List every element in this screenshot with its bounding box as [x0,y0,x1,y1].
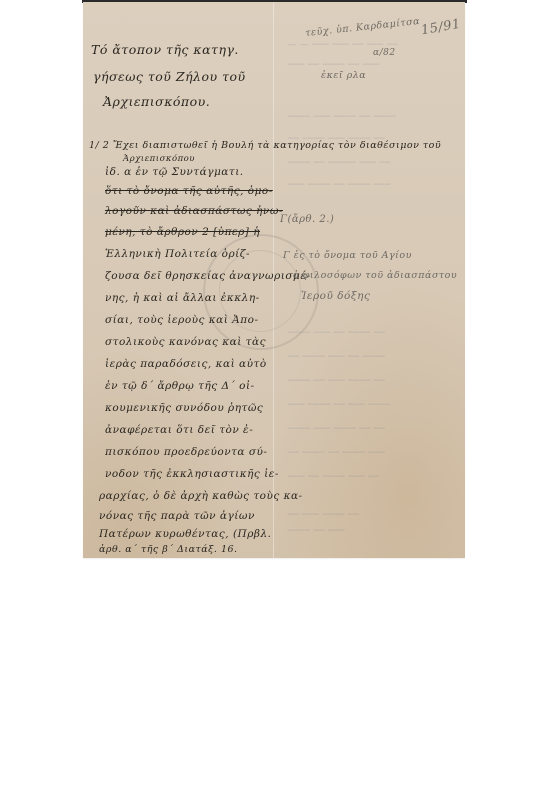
body-line: ἱερὰς παραδόσεις, καὶ αὐτὸ [105,358,267,370]
heading-line-2: γήσεως τοῦ Ζήλου τοῦ [93,69,246,84]
archival-note-line-1: τεῦχ. ὑπ. Καρδαμίτσα [305,16,421,39]
bleed-through-text: ─── ──── ── ──── ─── [288,180,391,190]
body-line: ἀναφέρεται ὅτι δεῖ τὸν ἐ- [105,424,253,436]
body-line: σίαι, τοὺς ἱεροὺς καὶ Ἀπο- [105,314,259,326]
body-line: νόνας τῆς παρὰ τῶν ἀγίων [99,510,255,522]
body-line: κουμενικῆς συνόδου ῥητῶς [105,402,263,414]
bleed-through-text: ── ──── ─── ── ──── [288,352,385,362]
body-line: 1/ 2 Ἔχει διαπιστωθεῖ ἡ Βουλή τὰ κατηγορ… [89,140,441,151]
body-line-struck: μένη, τὸ ἄρθρον 2 [ὑπερ] ἡ [105,226,260,238]
body-line: ἰδ. α ἐν τῷ Συντάγματι. [105,166,244,178]
margin-note: Γ(ἄρθ. 2.) [280,214,334,225]
body-line-struck: λογοῦν καὶ ἀδιασπάστως ἡνω- [105,205,283,217]
archival-note-line-3: ἐκεῖ ρλα [321,70,366,81]
margin-note: Γ ἐς τὸ ὄνομα τοῦ Αγίου [283,250,412,261]
body-line: νοδον τῆς ἐκκλησιαστικῆς ἱε- [105,468,279,480]
bleed-through-text: ──── ─── ── ──── ── [288,328,385,338]
margin-note: Ἱεροῦ δόξης [301,290,370,302]
bleed-through-text: ──── ── ─── [288,526,345,536]
body-line: ραρχίας, ὁ δὲ ἀρχὴ καθὼς τοὺς κα- [99,490,303,502]
heading-line-3: Ἀρχιεπισκόπου. [103,94,210,109]
catalog-number: 15/91 [420,17,462,39]
manuscript-paper: Τό ἄτοπον τῆς κατηγ. γήσεως τοῦ Ζήλου το… [83,2,465,558]
bleed-through-text: ──── ─── ──── ── ──── [288,112,396,122]
body-line: Ἑλληνικὴ Πολιτεία ὁρίζ- [105,248,250,260]
body-line: ζουσα δεῖ θρησκείας ἀναγνωρισμέ- [105,270,311,282]
margin-note: ὁ φιλοσόφων τοῦ ἀδιασπάστου [293,270,457,281]
body-line-struck: ὅτι τὸ ὄνομα τῆς αὐτῆς, ὁμο- [105,185,273,197]
body-line: στολικοὺς κανόνας καὶ τὰς [105,336,266,348]
bleed-through-text: — — ─── ─── ── ─── ── [288,40,398,50]
body-line: ἐν τῷ δ΄ ἄρθρῳ τῆς Δ΄ οἰ- [105,380,255,392]
body-line: πισκόπου προεδρεύοντα σύ- [105,446,267,458]
bleed-through-text: ── ─── ──── ── [288,510,359,520]
body-line: ἀρθ. α΄ τῆς β΄ Διατάξ. 16. [99,544,238,555]
body-line: νης, ἡ καὶ αἱ ἄλλαι ἐκκλη- [105,292,260,304]
scan-page: Τό ἄτοπον τῆς κατηγ. γήσεως τοῦ Ζήλου το… [0,0,549,800]
bleed-through-text: ──── ── ───── ─── ── [288,158,391,168]
bleed-through-text: ──── ── ─── ──── ── [288,376,385,386]
bleed-through-text: ── ──── ── ──── ─── [288,448,385,458]
heading-line-1: Τό ἄτοπον τῆς κατηγ. [91,42,239,57]
bleed-through-text: ─── ──── ── ─── ──── [288,400,391,410]
body-line: Πατέρων κυρωθέντας, (Πρβλ. [99,528,271,540]
body-line: Ἀρχιεπισκόπου [123,154,195,164]
bleed-through-text: ──── ─── ──── ── ── [288,424,385,434]
bleed-through-text: ── ──── ─── ──── ── [288,134,385,144]
bleed-through-text: ─── ── ──── ─── ── [288,472,379,482]
bleed-through-text: ─── ── ──── ── ─── [288,60,379,70]
